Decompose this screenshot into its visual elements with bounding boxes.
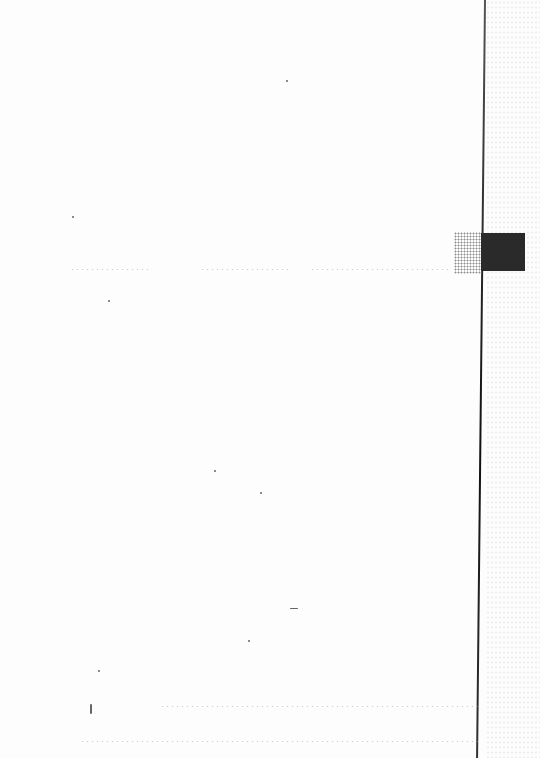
tab-marker-shadow [454, 232, 482, 274]
scan-speck [290, 608, 298, 609]
scan-noise [80, 740, 480, 743]
scanned-page [0, 0, 540, 758]
scan-noise [70, 268, 150, 271]
scan-speck [260, 492, 262, 494]
scan-speck [98, 670, 100, 672]
scan-speck [286, 80, 288, 82]
scan-noise [310, 268, 450, 271]
scan-speck [108, 300, 110, 302]
tab-marker [481, 233, 525, 271]
scan-speck [248, 640, 250, 642]
page-edge-line [476, 0, 486, 758]
page-edge-noise [486, 0, 540, 758]
scan-noise [160, 705, 480, 708]
scan-speck [90, 704, 92, 714]
scan-speck [214, 470, 216, 472]
scan-noise [200, 268, 290, 271]
scan-speck [72, 216, 74, 218]
